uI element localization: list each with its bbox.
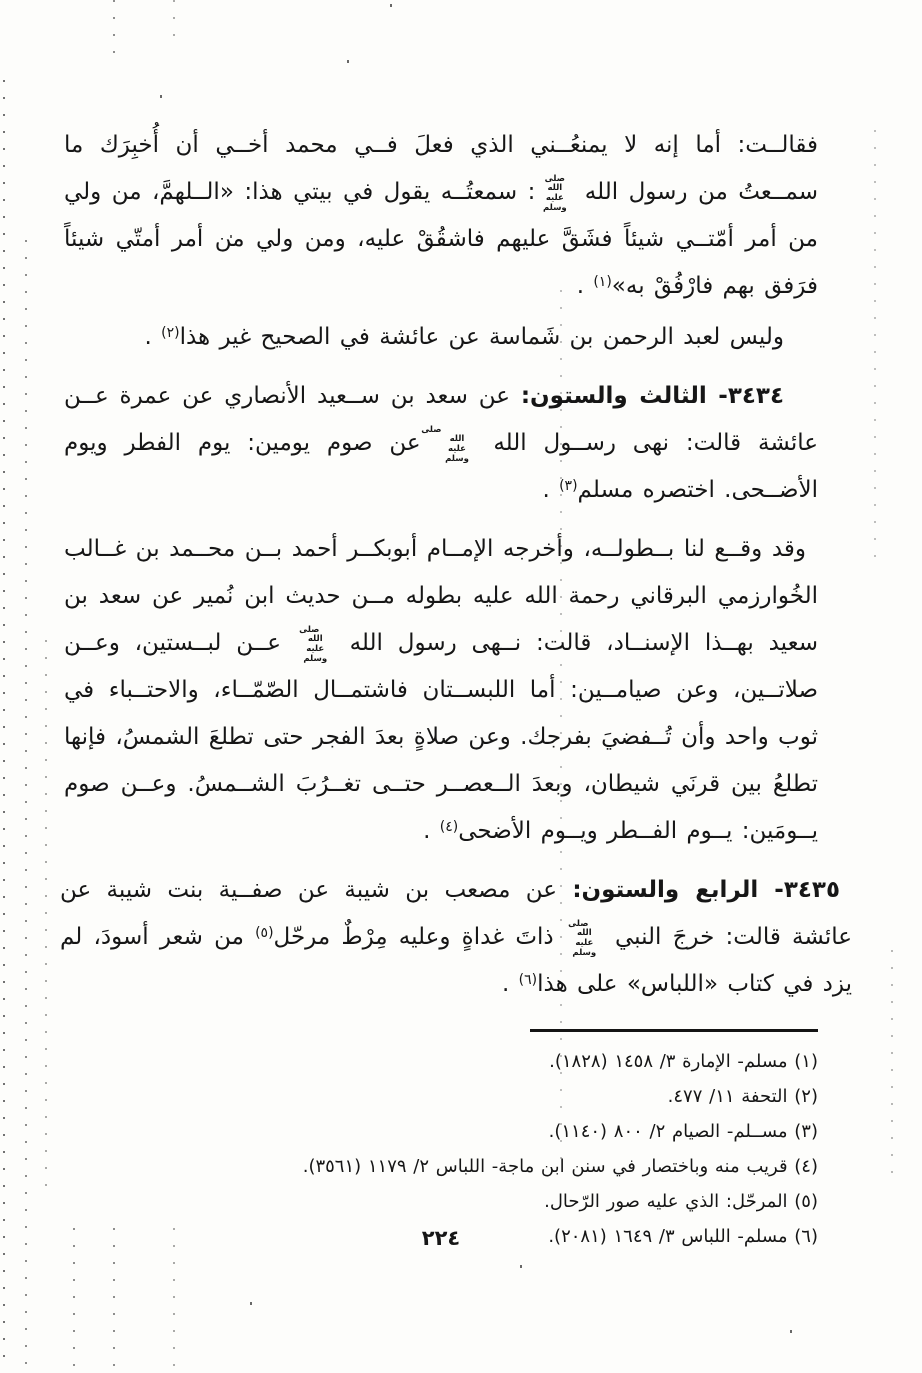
footnote-3: (٣) مســلم- الصيام ٢/ ٨٠٠ (١١٤٠). [64, 1114, 818, 1149]
scan-noise-line [3, 80, 5, 1370]
hadith-number-heading: ٣٤٣٤- الثالث والستون: [521, 383, 784, 409]
scan-noise-line [45, 640, 47, 1200]
footnote-1: (١) مسلم- الإمارة ٣/ ١٤٥٨ (١٨٢٨). [64, 1044, 818, 1079]
footnote-4: (٤) قريب منه وباختصار في سنن ابن ماجة- ا… [64, 1149, 818, 1184]
scan-noise-line [891, 950, 893, 1180]
scan-noise-line [113, 0, 115, 64]
text-block: فقالــت: أما إنه لا يمنعُــني الذي فعلَ … [64, 122, 818, 1254]
footnotes-list: (١) مسلم- الإمارة ٣/ ١٤٥٨ (١٨٢٨).(٢) الت… [64, 1044, 818, 1254]
scan-noise-line [874, 130, 876, 560]
footnote-ref: (٤) [440, 819, 458, 835]
scan-speck [347, 60, 349, 63]
pbuh-ligature: صلى الله عليه وسلم [297, 626, 334, 665]
footnote-5: (٥) المرحّل: الذي عليه صور الرّحال. [64, 1184, 818, 1219]
scan-noise-line [173, 0, 175, 42]
scan-noise-line [25, 240, 27, 1370]
pbuh-ligature: صلى الله عليه وسلم [536, 175, 573, 214]
scan-speck [250, 1302, 252, 1305]
scan-speck [520, 1265, 522, 1268]
footnote-ref: (٥) [255, 925, 273, 941]
footnote-ref: (١) [593, 274, 611, 290]
pbuh-ligature: صلى الله عليه وسلم [566, 920, 603, 959]
scan-speck [390, 4, 392, 7]
scan-speck [160, 95, 162, 98]
para-takhrij-barqani: وقد وقــع لنا بــطولــه، وأخرجه الإمــام… [64, 526, 818, 855]
footnote-ref: (٣) [559, 478, 577, 494]
page-number: ٢٢٤ [64, 1226, 818, 1250]
scanned-book-page: فقالــت: أما إنه لا يمنعُــني الذي فعلَ … [0, 0, 922, 1373]
hadith-3434: ٣٤٣٤- الثالث والستون: عن سعد بن ســعيد ا… [64, 373, 818, 514]
hadith-3435: ٣٤٣٥- الرابع والستون: عن مصعب بن شيبة عن… [60, 867, 852, 1008]
footnote-separator-rule [530, 1029, 818, 1032]
footnote-ref: (٢) [161, 325, 179, 341]
footnote-ref: (٦) [519, 972, 537, 988]
para-abd-al-rahman-note: وليس لعبد الرحمن بن شَماسة عن عائشة في ا… [64, 314, 818, 361]
paragraphs: فقالــت: أما إنه لا يمنعُــني الذي فعلَ … [64, 122, 818, 1008]
pbuh-ligature: صلى الله عليه وسلم [438, 426, 475, 465]
para-aisha-narration-continuation: فقالــت: أما إنه لا يمنعُــني الذي فعلَ … [64, 122, 818, 310]
hadith-number-heading: ٣٤٣٥- الرابع والستون: [572, 877, 840, 903]
scan-speck [790, 1330, 792, 1333]
footnote-2: (٢) التحفة ١١/ ٤٧٧. [64, 1079, 818, 1114]
